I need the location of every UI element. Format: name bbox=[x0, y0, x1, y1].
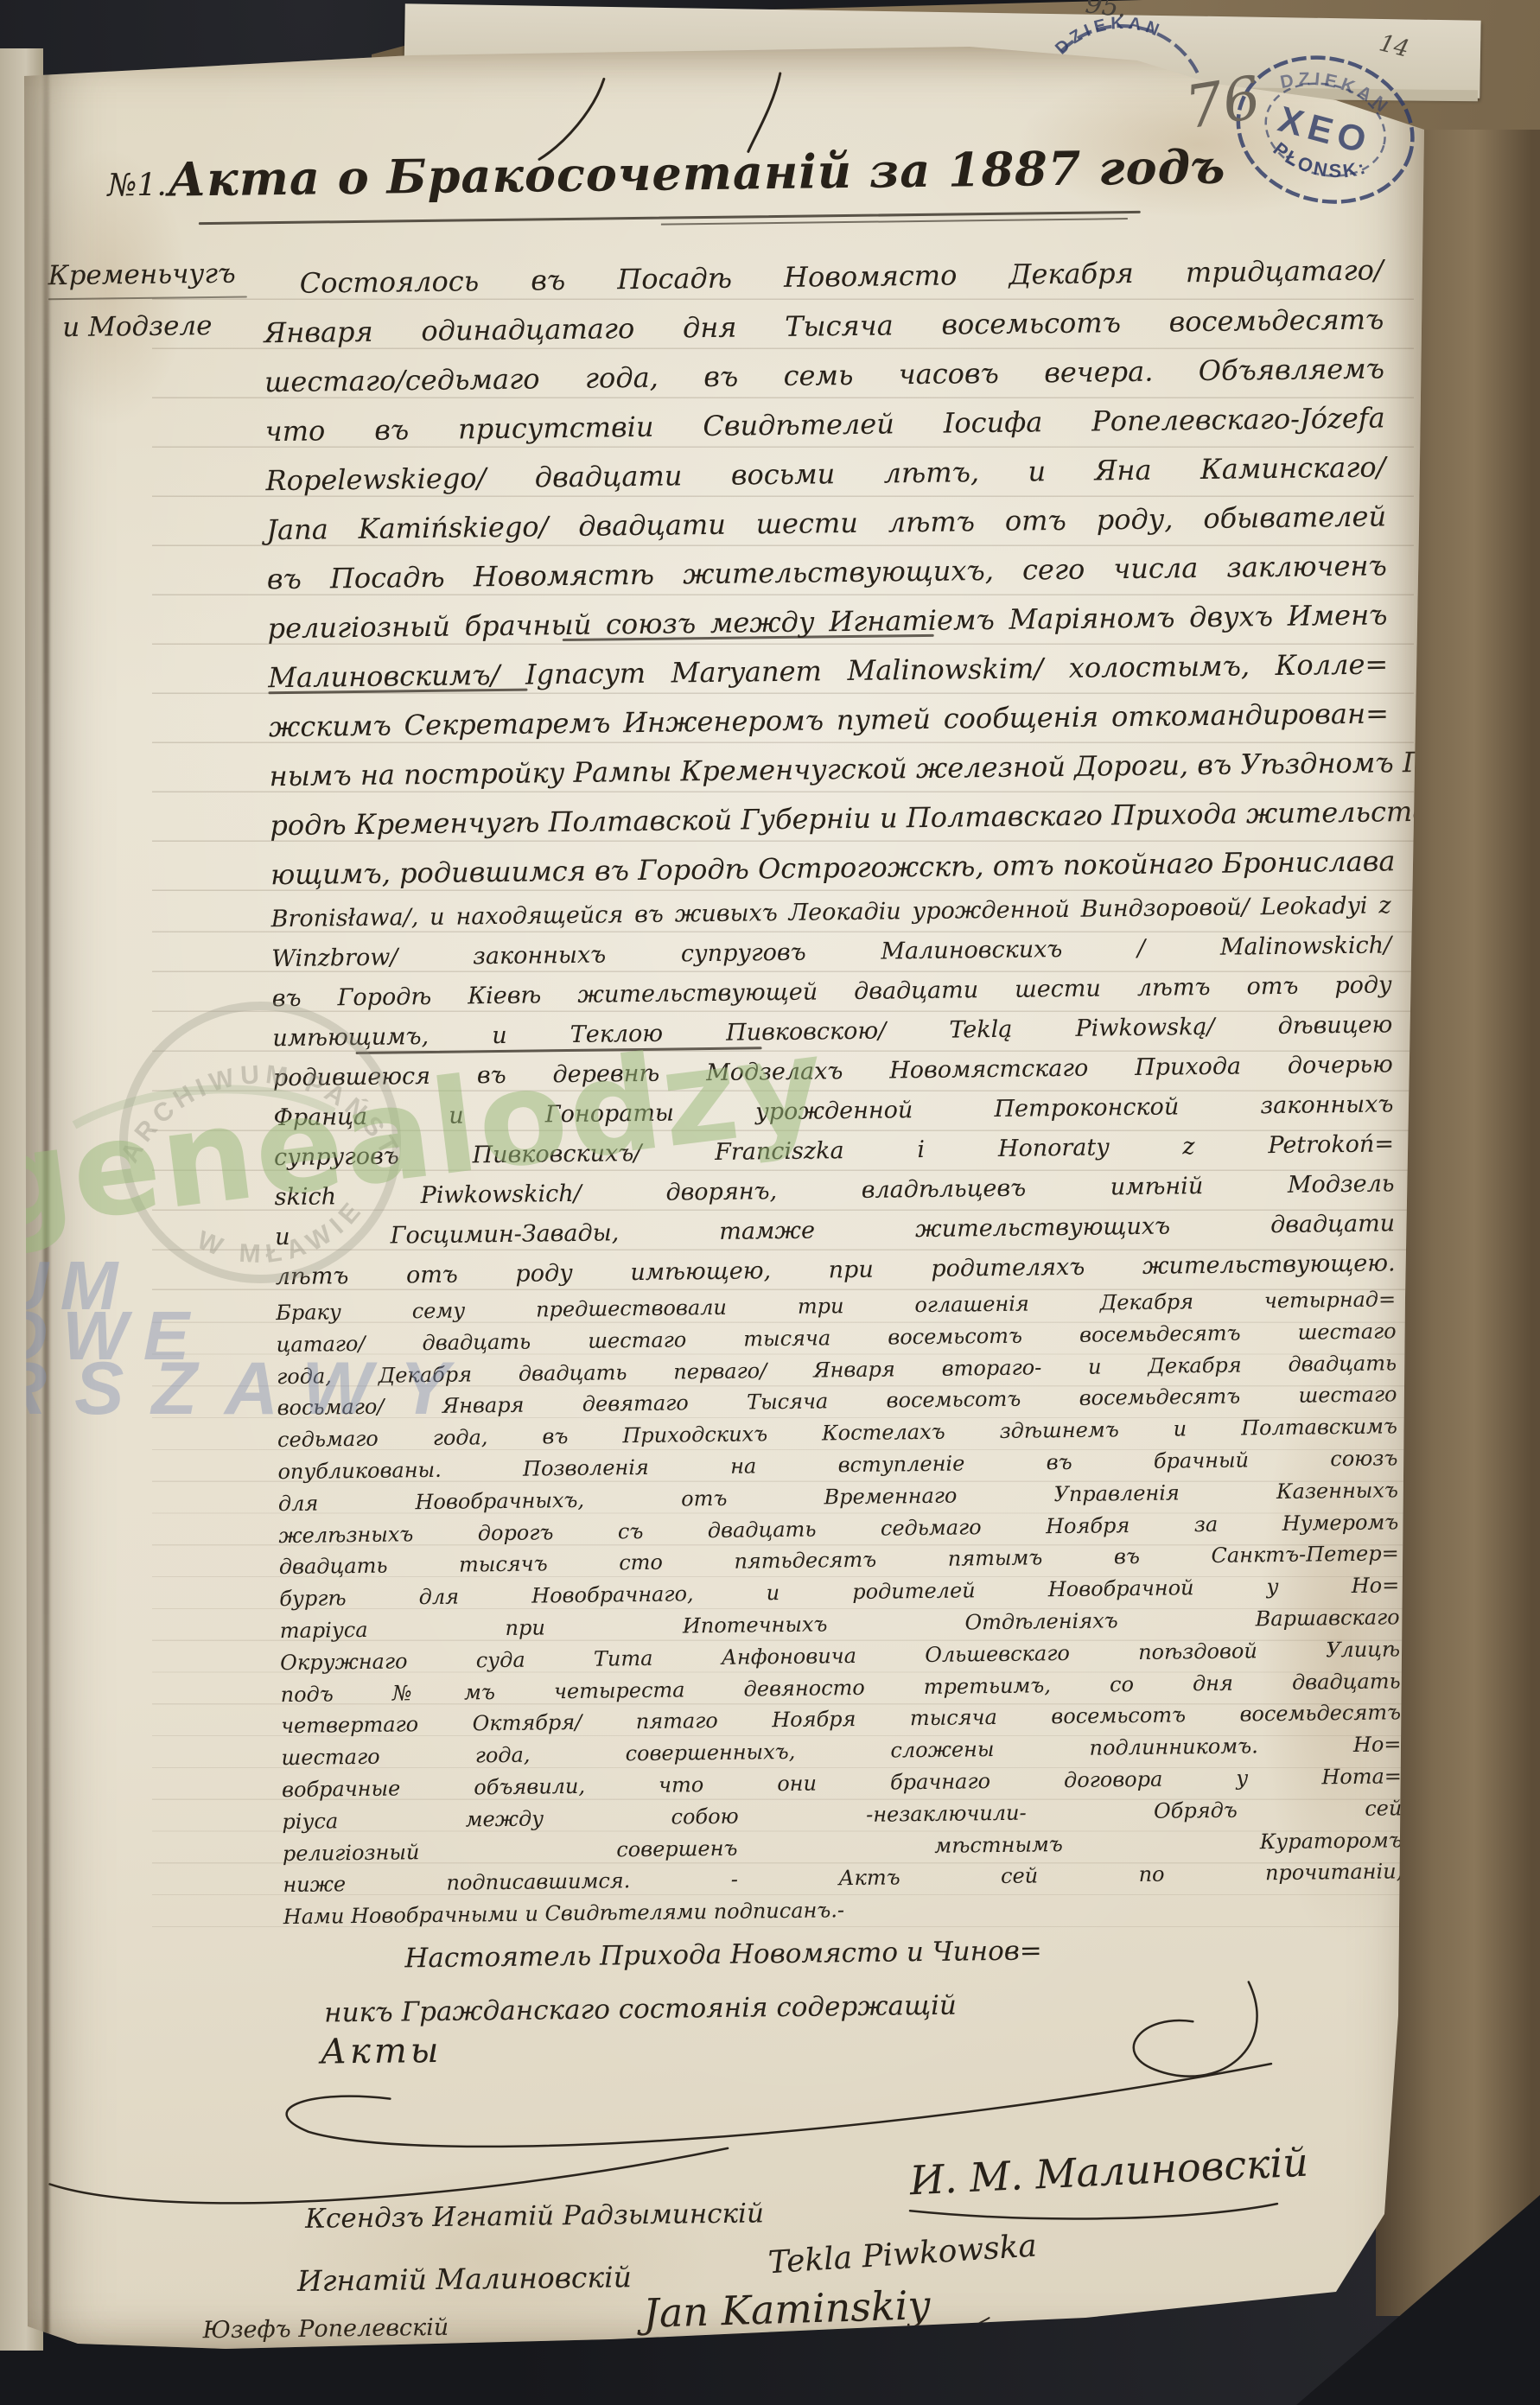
margin-note-place2: и Модзеле bbox=[62, 310, 213, 343]
register-page: ARCHIWUM PAŃSTWOWE W MŁAWIE genealodzy U… bbox=[22, 45, 1429, 2352]
archive-watermark-line3: RSZAWY bbox=[22, 1346, 477, 1432]
signature-groom: Игнатій Малиновскій bbox=[297, 2260, 632, 2298]
margin-underline bbox=[48, 296, 247, 300]
signature-priest: Ксендзъ Игнатій Радзыминскій bbox=[305, 2198, 764, 2234]
signature-groom-initials: И. М. Малиновскій bbox=[908, 2139, 1309, 2205]
title-underline bbox=[661, 218, 1128, 226]
closing-word-akty: Акты bbox=[320, 2031, 442, 2072]
scanned-register-page: DZIEKAN ARCHIWUM PAŃSTWOWE W MŁAWIE bbox=[0, 0, 1540, 2405]
signature-witness-1: Юзефъ Ропелевскій bbox=[202, 2314, 449, 2344]
page-title: Акта о Бракосочетаній за 1887 годъ bbox=[168, 139, 1171, 207]
signature-bride: Tekla Piwkowska bbox=[767, 2228, 1038, 2281]
pencil-page-number: 76 bbox=[1180, 64, 1265, 143]
act-number: №1. bbox=[107, 168, 167, 204]
act-text-paragraph-1: Состоялось въ Посадѣ Новомясто Декабря т… bbox=[263, 245, 1390, 900]
closing-statement: Настоятель Прихода Новомясто и Чинов= ни… bbox=[283, 1919, 1404, 2040]
margin-note-place1: Кременьчугъ bbox=[48, 258, 236, 292]
